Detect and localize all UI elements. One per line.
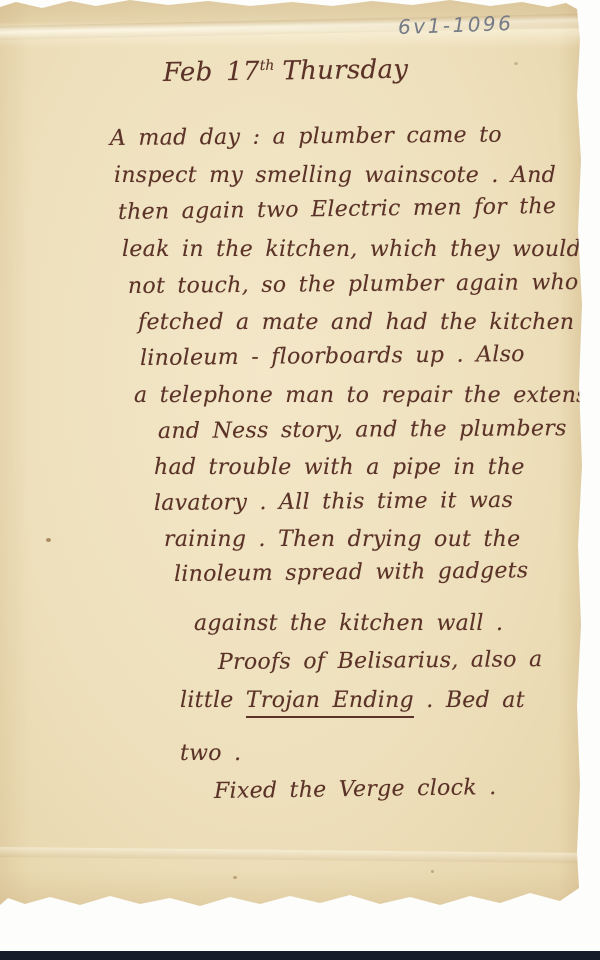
manuscript-line: Fixed the Verge clock . [214,775,497,804]
manuscript-line: leak in the kitchen, which they would [122,237,581,262]
manuscript-line: little Trojan Ending . Bed at [180,688,525,713]
manuscript-line: then again two Electric men for the [118,194,557,225]
manuscript-line: raining . Then drying out the [164,527,520,552]
manuscript-line: fetched a mate and had the kitchen [138,310,574,335]
manuscript-line: linoleum spread with gadgets [174,558,529,587]
paper-speck [233,876,237,879]
catalog-number-pencil: 6v1-1096 [398,11,514,39]
date-heading: Feb 17thThursday [163,55,409,88]
heading-day: Thursday [282,55,408,87]
manuscript-line: and Ness story, and the plumbers [158,416,567,444]
manuscript-line: Proofs of Belisarius, also a [218,647,543,675]
underlined-title: Trojan Ending [246,688,414,718]
manuscript-line: A mad day : a plumber came to [110,123,502,151]
manuscript-page: 6v1-1096 Feb 17thThursday A mad day : a … [0,0,584,912]
manuscript-line: a telephone man to repair the extension, [134,383,600,408]
manuscript-line: inspect my smelling wainscote . And [114,163,556,188]
heading-date: Feb 17 [163,57,260,88]
manuscript-line: against the kitchen wall . [194,611,503,636]
line-segment: little [180,688,246,713]
paper-speck [46,538,51,542]
paper-speck [514,62,518,65]
paper-speck [431,870,434,873]
manuscript-line: not touch, so the plumber again who [128,270,579,299]
heading-ordinal: th [260,58,275,74]
scanner-edge-bar [0,951,600,960]
paper-fold-crease-lower [0,847,584,863]
scanned-page-container: 6v1-1096 Feb 17thThursday A mad day : a … [0,0,600,960]
line-segment: . Bed at [414,688,525,713]
manuscript-line: two . [180,741,241,766]
manuscript-line: lavatory . All this time it was [154,488,513,516]
manuscript-line: had trouble with a pipe in the [154,455,525,480]
manuscript-line: linoleum - floorboards up . Also [140,342,525,371]
